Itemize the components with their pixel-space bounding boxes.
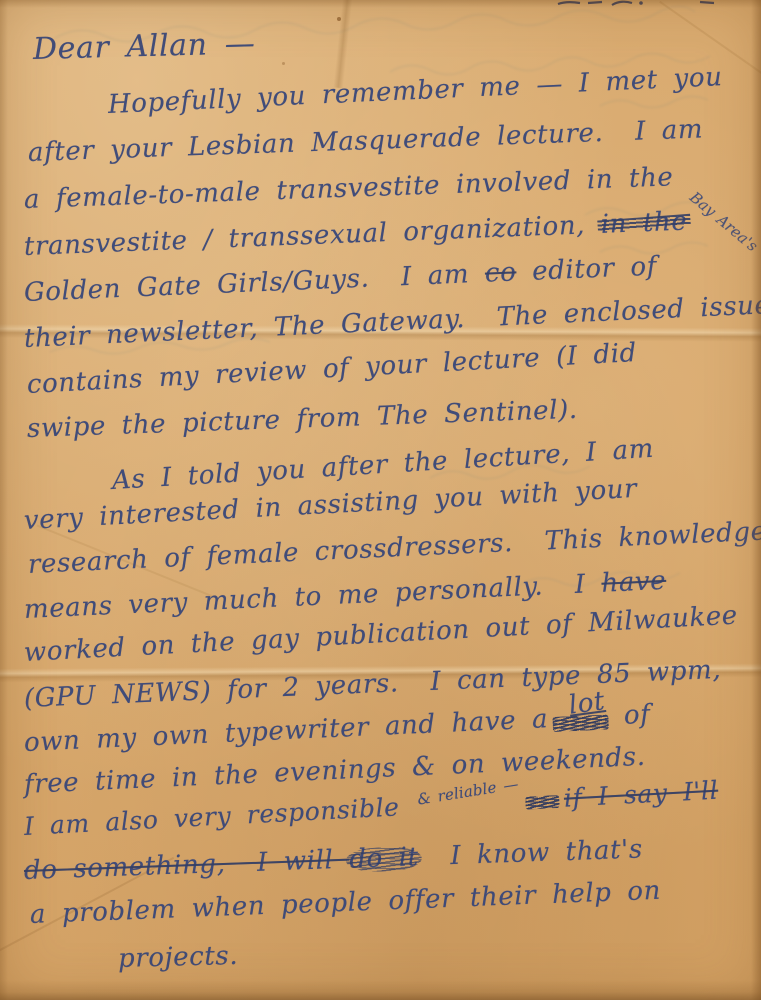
handwriting-line: a problem when people offer their help o… [29, 876, 661, 930]
handwriting-line: projects. [118, 941, 239, 974]
paper-speck [337, 17, 341, 21]
handwriting-text: Bay Area's [686, 188, 761, 255]
handwriting-text: a problem when people offer their help o… [29, 876, 661, 930]
scribbled-out-text [552, 714, 609, 732]
handwriting-text: swipe the picture from The Sentinel). [26, 395, 578, 444]
struck-text: if I say I'll [563, 776, 719, 813]
scribbled-out-text [525, 795, 560, 810]
handwriting-text: Golden Gate Girls/Guys. I am [23, 259, 485, 308]
handwriting-line: a female-to-male transvestite involved i… [23, 162, 673, 215]
paper-edge-shadow-left [0, 0, 8, 1000]
handwriting-text: Dear Allan — [33, 26, 256, 67]
handwriting-text: projects. [118, 941, 239, 974]
struck-text: in the [600, 207, 688, 240]
handwriting-line: Hopefully you remember me — I met you [107, 62, 723, 120]
handwriting-line: after your Lesbian Masquerade lecture. I… [27, 114, 703, 168]
handwriting-text: Hopefully you remember me — I met you [107, 62, 723, 120]
scribbled-out-text: do it [349, 842, 419, 874]
handwriting-line: do something, I will do it I know that's [23, 834, 643, 886]
paper-edge-shadow-right [751, 0, 761, 1000]
handwriting-text: a female-to-male transvestite involved i… [23, 162, 673, 215]
handwriting-text: I know that's [418, 834, 643, 872]
struck-text: do something, I will [23, 845, 349, 886]
fold-crease-top-vertical [333, 0, 353, 88]
struck-text: have [601, 566, 667, 599]
cropped-ink-marks-top [0, 0, 761, 14]
paper-edge-shadow-top [0, 0, 761, 8]
margin-note: Bay Area's [686, 188, 761, 255]
handwriting-text: of [607, 700, 651, 732]
paper-speck [282, 62, 285, 65]
paper-edge-shadow-bottom [0, 980, 761, 1000]
handwriting-text: editor of [516, 251, 658, 287]
handwriting-line: swipe the picture from The Sentinel). [26, 395, 578, 444]
letter-paper: Dear Allan —Hopefully you remember me — … [0, 0, 761, 1000]
handwriting-text: after your Lesbian Masquerade lecture. I… [27, 114, 703, 168]
handwriting-text: I am also very responsible [23, 792, 416, 841]
handwriting-text: transvestite / transsexual organization, [23, 210, 601, 262]
salutation: Dear Allan — [33, 26, 256, 67]
struck-text: co [484, 257, 517, 288]
